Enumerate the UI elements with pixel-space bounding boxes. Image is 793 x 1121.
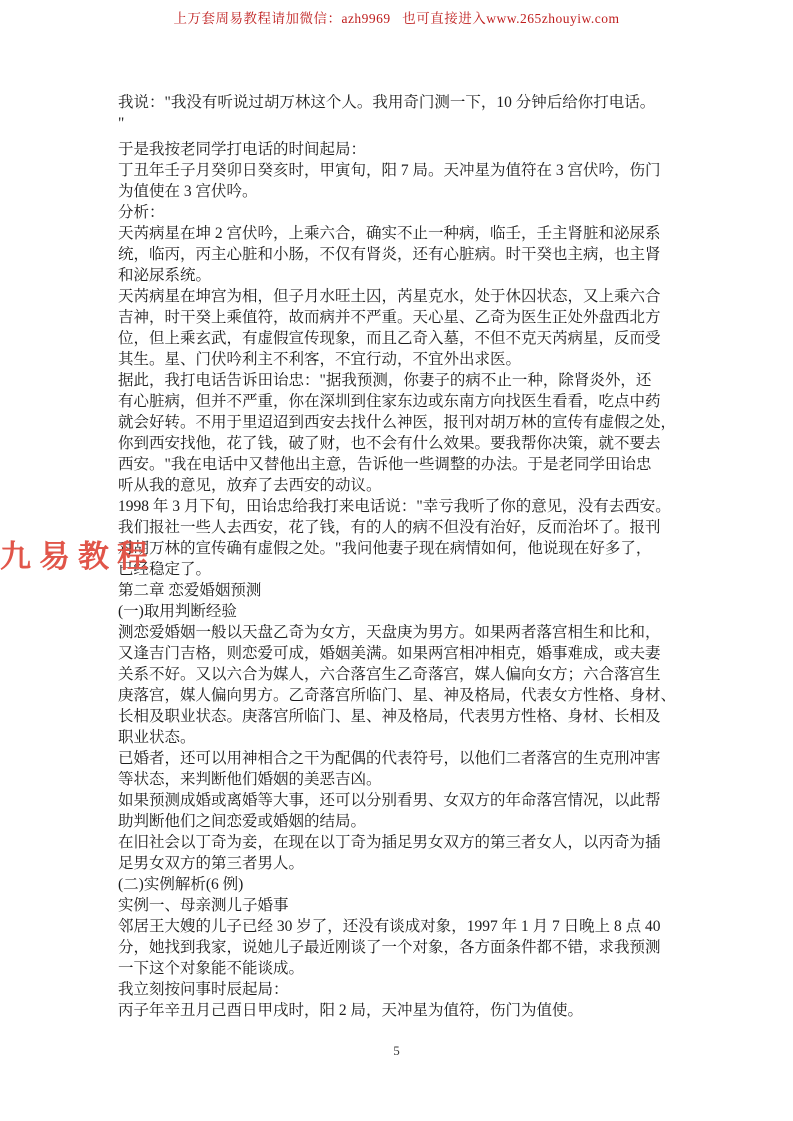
text-line: 我们报社一些人去西安，花了钱，有的人的病不但没有治好，反而治坏了。报刊 [118, 517, 684, 538]
text-line: 我说："我没有听说过胡万林这个人。我用奇门测一下，10 分钟后给你打电话。 [118, 92, 684, 113]
text-line: 已婚者，还可以用神相合之干为配偶的代表符号，以他们二者落宫的生克刑冲害 [118, 748, 684, 769]
text-line: 已经稳定了。 [118, 559, 684, 580]
text-line: 分，她找到我家，说她儿子最近刚谈了一个对象，各方面条件都不错，求我预测 [118, 937, 684, 958]
text-line: 有心脏病，但并不严重，你在深圳到住家东边或东南方向找医生看看，吃点中药 [118, 391, 684, 412]
text-line: 其生。星、门伏吟利主不利客，不宜行动，不宜外出求医。 [118, 349, 684, 370]
text-line: 和泌尿系统。 [118, 265, 684, 286]
text-line: 就会好转。不用于里迢迢到西安去找什么神医，报刊对胡万林的宣传有虚假之处， [118, 412, 684, 433]
text-line: 天芮病星在坤 2 宫伏吟，上乘六合，确实不止一种病，临壬，壬主肾脏和泌尿系 [118, 223, 684, 244]
text-line: 丁丑年壬子月癸卯日癸亥时，甲寅旬，阳 7 局。天冲星为值符在 3 宫伏吟，伤门 [118, 160, 684, 181]
text-line: 你到西安找他，花了钱，破了财，也不会有什么效果。要我帮你决策，就不要去 [118, 433, 684, 454]
watermark-text: 九易教程 [0, 541, 156, 572]
text-line: 足男女双方的第三者男人。 [118, 853, 684, 874]
text-line: (二)实例解析(6 例) [118, 874, 684, 895]
text-line: 据此，我打电话告诉田诒忠："据我预测，你妻子的病不止一种，除肾炎外，还 [118, 370, 684, 391]
text-line: 又逢吉门吉格，则恋爱可成，婚姻美满。如果两宫相冲相克，婚事难成，或夫妻 [118, 643, 684, 664]
text-line: 邻居王大嫂的儿子已经 30 岁了，还没有谈成对象，1997 年 1 月 7 日晚… [118, 916, 684, 937]
text-line: 为值使在 3 宫伏吟。 [118, 181, 684, 202]
text-line: 在旧社会以丁奇为妾，在现在以丁奇为插足男女双方的第三者女人，以丙奇为插 [118, 832, 684, 853]
text-line: 1998 年 3 月下旬，田诒忠给我打来电话说："幸亏我听了你的意见，没有去西安… [118, 496, 684, 517]
text-line: 庚落宫，媒人偏向男方。乙奇落宫所临门、星、神及格局，代表女方性格、身材、 [118, 685, 684, 706]
text-line: 西安。"我在电话中又替他出主意，告诉他一些调整的办法。于是老同学田诒忠 [118, 454, 684, 475]
text-line: 丙子年辛丑月己酉日甲戌时，阳 2 局，天冲星为值符，伤门为值使。 [118, 1000, 684, 1021]
text-line: 长相及职业状态。庚落宫所临门、星、神及格局，代表男方性格、身材、长相及 [118, 706, 684, 727]
text-line: 如果预测成婚或离婚等大事，还可以分别看男、女双方的年命落宫情况，以此帮 [118, 790, 684, 811]
text-line: 测恋爱婚姻一般以天盘乙奇为女方，天盘庚为男方。如果两者落宫相生和比和， [118, 622, 684, 643]
text-line: 关系不好。又以六合为媒人，六合落宫生乙奇落宫，媒人偏向女方；六合落宫生 [118, 664, 684, 685]
text-line: 职业状态。 [118, 727, 684, 748]
text-line: 于是我按老同学打电话的时间起局： [118, 139, 684, 160]
text-line: 吉神，时干癸上乘值符，故而病并不严重。天心星、乙奇为医生正处外盘西北方 [118, 307, 684, 328]
document-page: 上万套周易教程请加微信：azh9969 也可直接进入www.265zhouyiw… [0, 0, 793, 1121]
text-line: 对胡万林的宣传确有虚假之处。"我问他妻子现在病情如何，他说现在好多了， [118, 538, 684, 559]
text-line: 听从我的意见，放弃了去西安的动议。 [118, 475, 684, 496]
text-line: 等状态，来判断他们婚姻的美恶吉凶。 [118, 769, 684, 790]
text-line: (一)取用判断经验 [118, 601, 684, 622]
text-line: 天芮病星在坤宫为相，但子月水旺土囚，芮星克水，处于休囚状态，又上乘六合 [118, 286, 684, 307]
text-line: 分析： [118, 202, 684, 223]
text-line: 位，但上乘玄武，有虚假宣传现象，而且乙奇入墓，不但不克天芮病星，反而受 [118, 328, 684, 349]
page-number: 5 [0, 1043, 793, 1059]
text-line: 一下这个对象能不能谈成。 [118, 958, 684, 979]
text-line: 实例一、母亲测儿子婚事 [118, 895, 684, 916]
text-line: 第二章 恋爱婚姻预测 [118, 580, 684, 601]
text-line: 我立刻按问事时辰起局： [118, 979, 684, 1000]
text-line: 助判断他们之间恋爱或婚姻的结局。 [118, 811, 684, 832]
text-line: " [118, 113, 684, 134]
document-body: 我说："我没有听说过胡万林这个人。我用奇门测一下，10 分钟后给你打电话。"于是… [118, 92, 684, 1021]
text-line: 统，临丙，丙主心脏和小肠，不仅有肾炎，还有心脏病。时干癸也主病，也主肾 [118, 244, 684, 265]
promo-header-text: 上万套周易教程请加微信：azh9969 也可直接进入www.265zhouyiw… [0, 7, 793, 27]
